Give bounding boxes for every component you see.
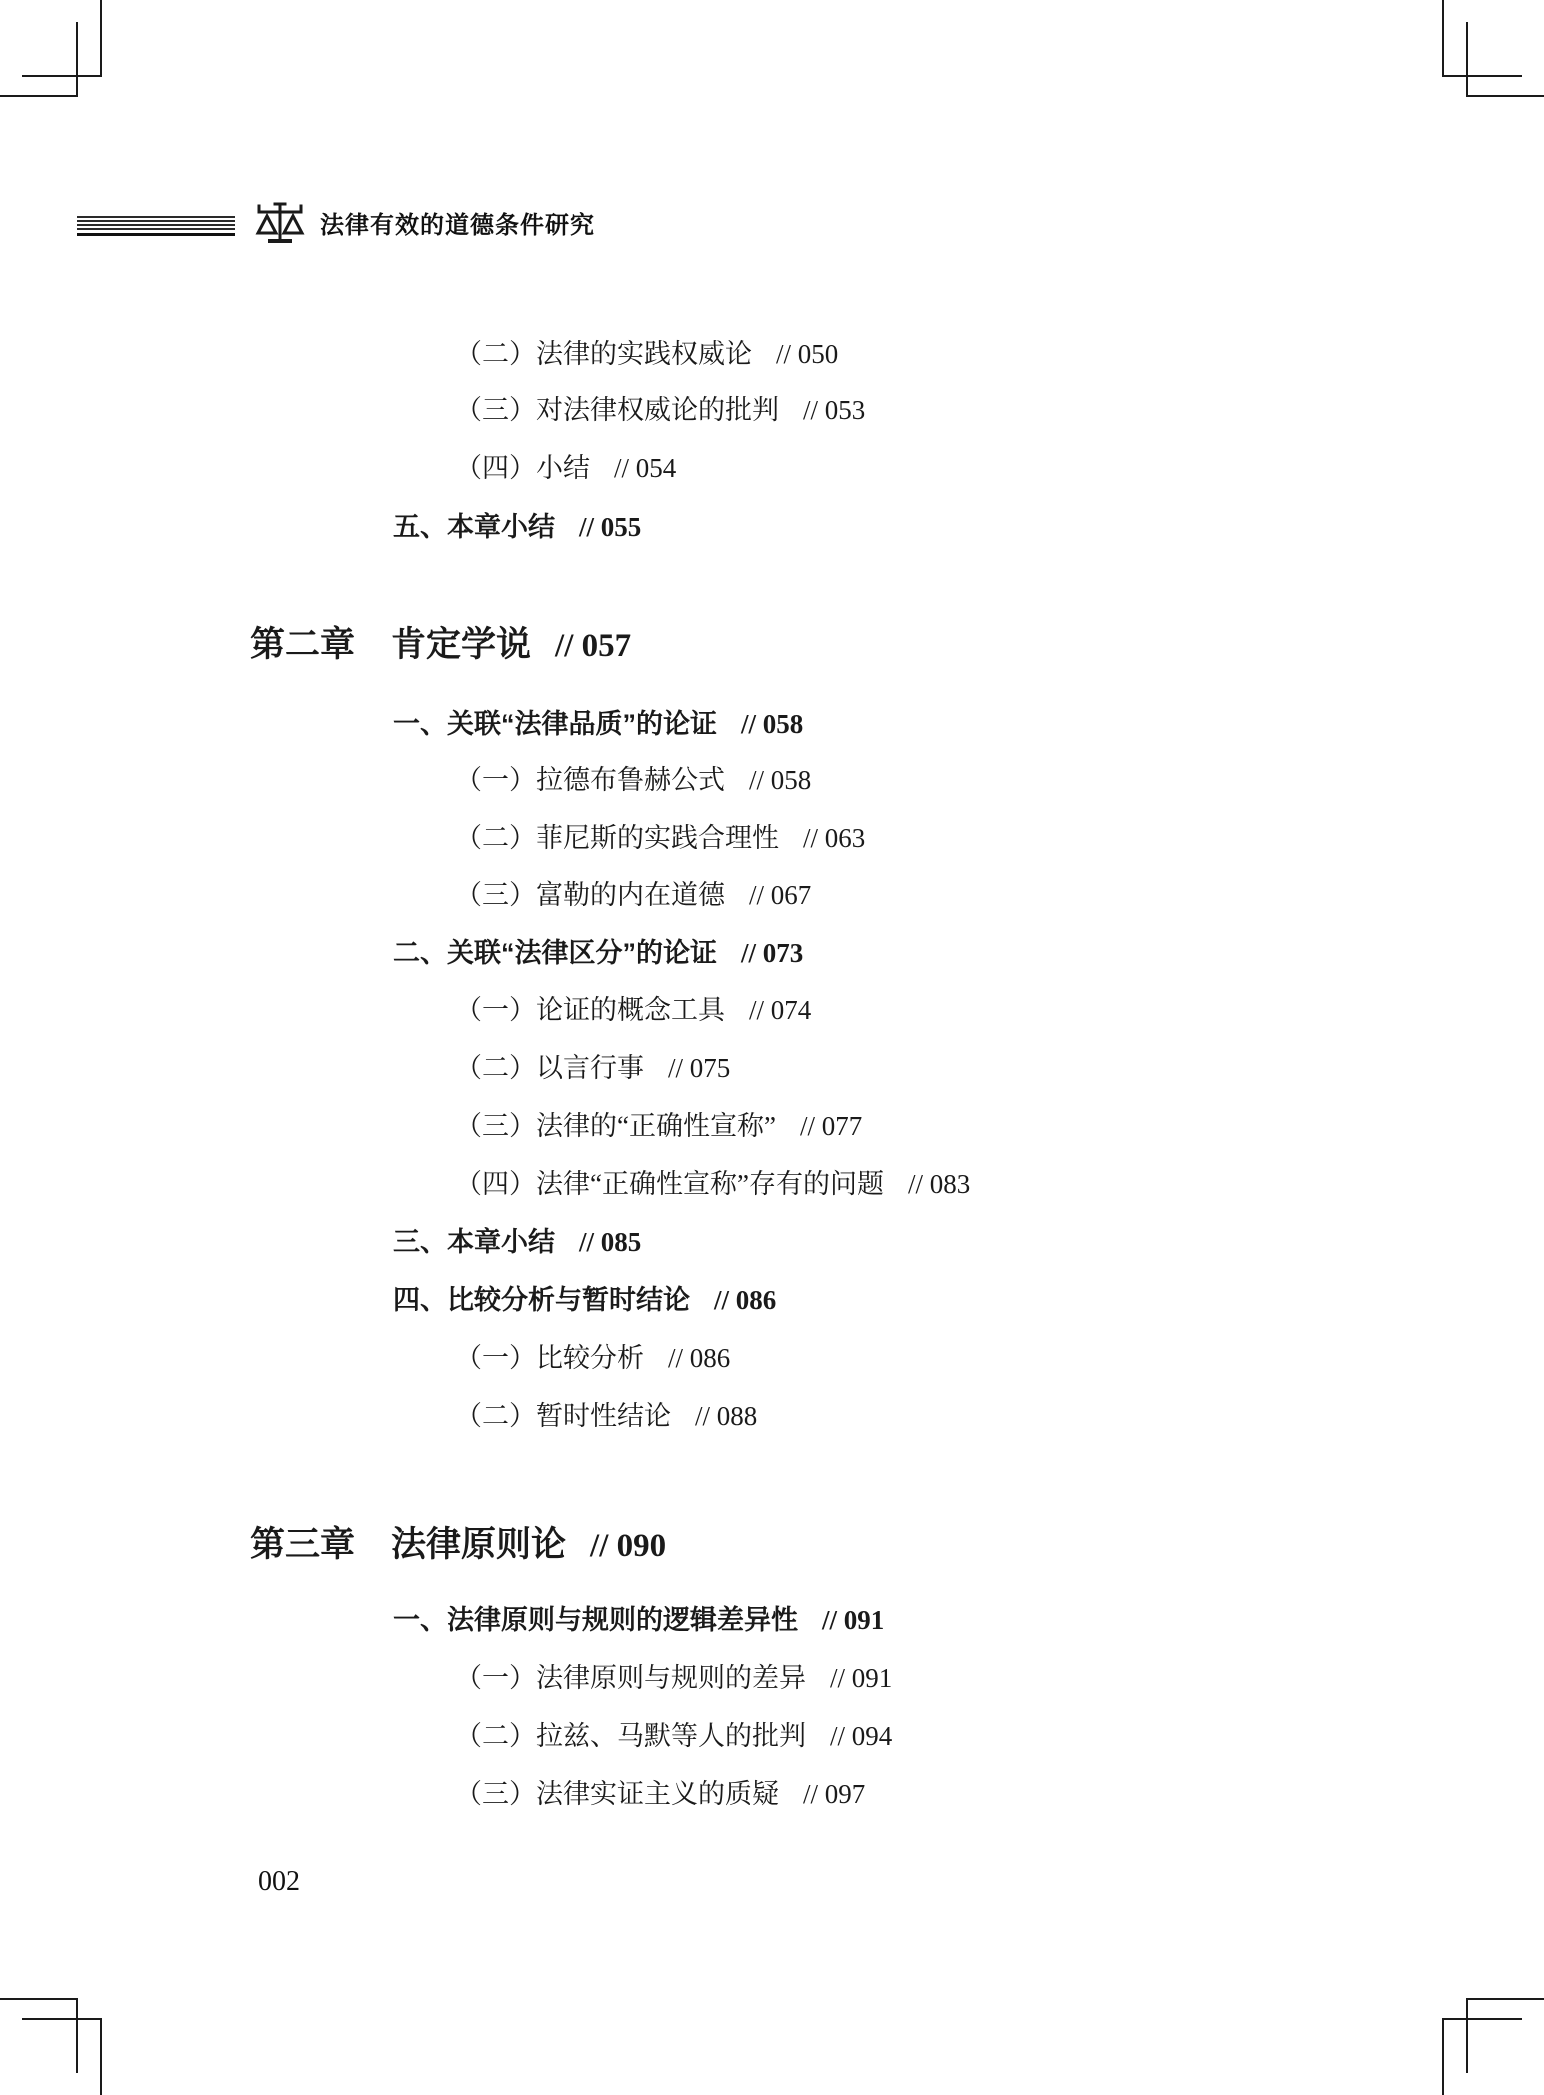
toc-entry-title: （二）以言行事 xyxy=(455,1053,644,1083)
toc-entry: 五、本章小结// 055 xyxy=(393,498,641,556)
toc-entry: （二）菲尼斯的实践合理性// 063 xyxy=(455,809,865,867)
toc-entry-title: （三）法律的“正确性宣称” xyxy=(455,1111,776,1141)
toc-entry-title: （四）法律“正确性宣称”存有的问题 xyxy=(455,1169,884,1199)
toc-entry-page: // 053 xyxy=(803,395,865,425)
page-number: 002 xyxy=(258,1866,300,1898)
header-rule-lines xyxy=(77,216,235,236)
crop-mark-bottom-right xyxy=(1434,1985,1544,2095)
toc-entry: 一、法律原则与规则的逻辑差异性// 091 xyxy=(393,1591,884,1649)
chapter-heading: 第三章法律原则论// 090 xyxy=(250,1512,666,1578)
toc-entry-page: // 077 xyxy=(800,1111,862,1141)
crop-mark-top-right xyxy=(1434,0,1544,110)
crop-mark-top-left xyxy=(0,0,110,110)
crop-mark-bottom-left xyxy=(0,1985,110,2095)
toc-entry-page: // 058 xyxy=(741,709,803,739)
toc-entry: （三）法律的“正确性宣称”// 077 xyxy=(455,1097,862,1155)
toc-entry-title: （一）比较分析 xyxy=(455,1343,644,1373)
toc-entry-title: 二、关联“法律区分”的论证 xyxy=(393,938,717,968)
toc-entry-title: 三、本章小结 xyxy=(393,1227,555,1257)
toc-entry: 二、关联“法律区分”的论证// 073 xyxy=(393,924,803,982)
toc-entry: （三）对法律权威论的批判// 053 xyxy=(455,381,865,439)
toc-entry-page: // 075 xyxy=(668,1053,730,1083)
toc-entry-page: // 086 xyxy=(714,1285,776,1315)
toc-entry-page: // 073 xyxy=(741,938,803,968)
toc-entry-page: // 067 xyxy=(749,880,811,910)
toc-entry: （一）比较分析// 086 xyxy=(455,1329,730,1387)
toc-entry-title: 一、法律原则与规则的逻辑差异性 xyxy=(393,1605,798,1635)
toc-entry-page: // 058 xyxy=(749,765,811,795)
toc-entry: （二）拉兹、马默等人的批判// 094 xyxy=(455,1707,892,1765)
toc-entry-title: （二）拉兹、马默等人的批判 xyxy=(455,1721,806,1751)
toc-entry: （一）论证的概念工具// 074 xyxy=(455,981,811,1039)
running-head-book-title: 法律有效的道德条件研究 xyxy=(320,206,595,246)
toc-entry: （四）法律“正确性宣称”存有的问题// 083 xyxy=(455,1155,970,1213)
toc-entry-title: 一、关联“法律品质”的论证 xyxy=(393,709,717,739)
toc-entry: （四）小结// 054 xyxy=(455,439,676,497)
toc-entry: （三）法律实证主义的质疑// 097 xyxy=(455,1765,865,1823)
toc-entry-page: // 085 xyxy=(579,1227,641,1257)
toc-entry-page: // 074 xyxy=(749,995,811,1025)
toc-entry: （二）以言行事// 075 xyxy=(455,1039,730,1097)
toc-entry-page: // 088 xyxy=(695,1401,757,1431)
toc-entry-title: （一）法律原则与规则的差异 xyxy=(455,1663,806,1693)
toc-entry-title: （三）富勒的内在道德 xyxy=(455,880,725,910)
toc-entry: 一、关联“法律品质”的论证// 058 xyxy=(393,695,803,753)
toc-entry: 四、比较分析与暂时结论// 086 xyxy=(393,1271,776,1329)
chapter-page: // 057 xyxy=(555,628,631,664)
chapter-title: 肯定学说 xyxy=(391,625,531,664)
toc-entry-page: // 050 xyxy=(776,339,838,369)
toc-entry: （一）拉德布鲁赫公式// 058 xyxy=(455,751,811,809)
toc-entry-title: （三）对法律权威论的批判 xyxy=(455,395,779,425)
toc-entry-page: // 097 xyxy=(803,1779,865,1809)
toc-entry: （二）暂时性结论// 088 xyxy=(455,1387,757,1445)
toc-entry-page: // 091 xyxy=(830,1663,892,1693)
toc-entry-page: // 091 xyxy=(822,1605,884,1635)
toc-entry-title: （二）菲尼斯的实践合理性 xyxy=(455,823,779,853)
toc-entry-page: // 055 xyxy=(579,512,641,542)
chapter-page: // 090 xyxy=(590,1528,666,1564)
toc-entry-title: （一）论证的概念工具 xyxy=(455,995,725,1025)
chapter-heading: 第二章肯定学说// 057 xyxy=(250,612,631,678)
toc-entry-page: // 054 xyxy=(614,453,676,483)
toc-entry-title: （一）拉德布鲁赫公式 xyxy=(455,765,725,795)
toc-entry-page: // 094 xyxy=(830,1721,892,1751)
toc-entry-title: （二）暂时性结论 xyxy=(455,1401,671,1431)
chapter-number: 第二章 xyxy=(250,625,355,664)
toc-entry: （二）法律的实践权威论// 050 xyxy=(455,325,838,383)
toc-entry: 三、本章小结// 085 xyxy=(393,1213,641,1271)
toc-entry-title: （二）法律的实践权威论 xyxy=(455,339,752,369)
scales-of-justice-icon xyxy=(254,202,306,253)
toc-entry-page: // 063 xyxy=(803,823,865,853)
toc-entry: （三）富勒的内在道德// 067 xyxy=(455,866,811,924)
toc-entry-page: // 083 xyxy=(908,1169,970,1199)
toc-entry: （一）法律原则与规则的差异// 091 xyxy=(455,1649,892,1707)
chapter-title: 法律原则论 xyxy=(391,1525,566,1564)
toc-entry-title: （四）小结 xyxy=(455,453,590,483)
chapter-number: 第三章 xyxy=(250,1525,355,1564)
toc-entry-title: 四、比较分析与暂时结论 xyxy=(393,1285,690,1315)
toc-entry-title: 五、本章小结 xyxy=(393,512,555,542)
toc-entry-title: （三）法律实证主义的质疑 xyxy=(455,1779,779,1809)
toc-entry-page: // 086 xyxy=(668,1343,730,1373)
